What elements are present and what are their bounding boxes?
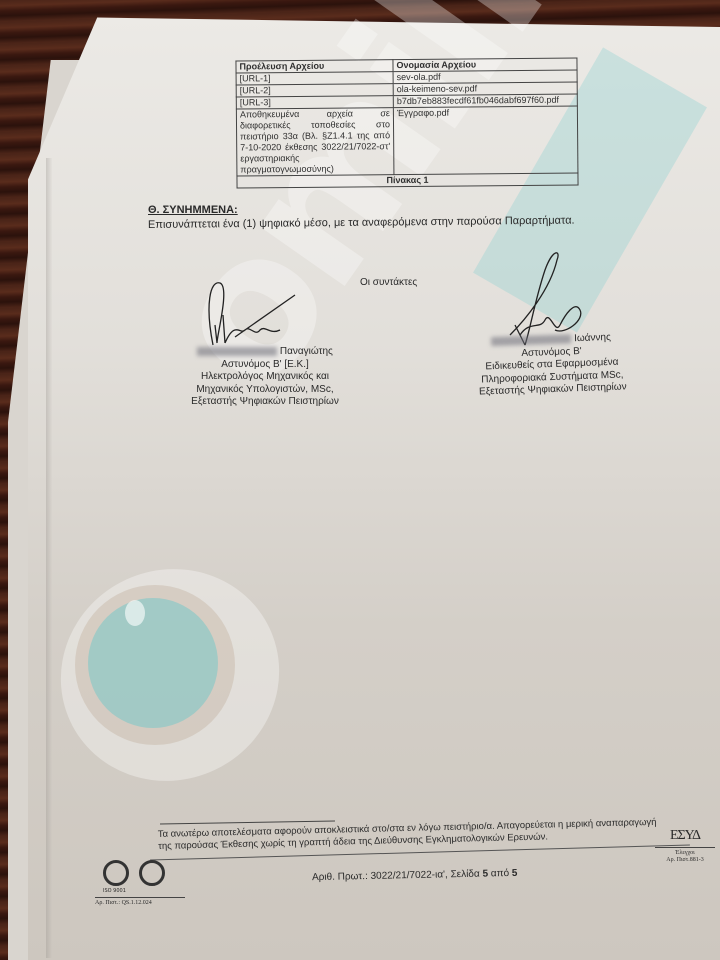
cert-separator: [95, 897, 185, 898]
iso-label: ISO 9001: [103, 888, 126, 894]
section-title: Θ. ΣΥΝΗΜΜΕΝΑ:: [148, 204, 238, 216]
document-content: Προέλευση Αρχείου Ονομασία Αρχείου [URL-…: [0, 0, 720, 960]
page-total: 5: [512, 868, 518, 879]
cert-number: Αρ. Πιστ.: QS.1.12.024: [95, 900, 152, 906]
footnote-separator: [160, 820, 335, 824]
left-signer-title: Μηχανικός Υπολογιστών, MSc,: [160, 384, 370, 397]
cell-filename: b7db7eb883fecdf61fb046dabf697f60.pdf: [393, 94, 577, 108]
left-signer-rank: Αστυνόμος Β' [Ε.Κ.]: [160, 359, 370, 372]
section-text: Επισυνάπτεται ένα (1) ψηφιακό μέσο, με τ…: [148, 215, 575, 231]
esyd-accreditation-block: ΕΣΥΔ Έλεγχοι Αρ. Πιστ.881-3: [655, 828, 715, 864]
authors-label: Οι συντάκτες: [360, 277, 417, 288]
files-table: Προέλευση Αρχείου Ονομασία Αρχείου [URL-…: [235, 58, 578, 189]
cell-source: Αποθηκευμένα αρχεία σε διαφορετικές τοπο…: [236, 108, 394, 176]
redacted-surname: [197, 347, 277, 356]
iso-seal-icon: [103, 860, 129, 886]
left-signature: [195, 275, 305, 355]
left-signer-name: Παναγιώτης: [160, 346, 370, 359]
tuv-seal-icon: [139, 860, 165, 886]
table-caption-row: Πίνακας 1: [237, 173, 578, 188]
left-signer-title: Ηλεκτρολόγος Μηχανικός και: [160, 371, 370, 384]
table-caption: Πίνακας 1: [237, 173, 578, 188]
table-row: Αποθηκευμένα αρχεία σε διαφορετικές τοπο…: [236, 106, 578, 176]
esyd-label: Έλεγχοι: [655, 850, 715, 857]
cell-filename: Έγγραφο.pdf: [393, 106, 578, 175]
esyd-separator: [655, 847, 715, 848]
page-separator: από: [488, 868, 512, 879]
footer-page-info: Αριθ. Πρωτ.: 3022/21/7022-ια', Σελίδα 5 …: [312, 868, 518, 883]
esyd-logo-icon: ΕΣΥΔ: [655, 828, 715, 844]
left-signer-block: Παναγιώτης Αστυνόμος Β' [Ε.Κ.] Ηλεκτρολό…: [160, 346, 370, 409]
right-signer-block: Ιωάννης Αστυνόμος Β' Ειδικευθείς στα Εφα…: [461, 331, 643, 400]
redacted-surname: [491, 334, 571, 346]
protocol-number: Αριθ. Πρωτ.: 3022/21/7022-ια', Σελίδα: [312, 869, 483, 884]
esyd-number: Αρ. Πιστ.881-3: [655, 857, 715, 864]
left-signer-role: Εξεταστής Ψηφιακών Πειστηρίων: [160, 396, 370, 409]
